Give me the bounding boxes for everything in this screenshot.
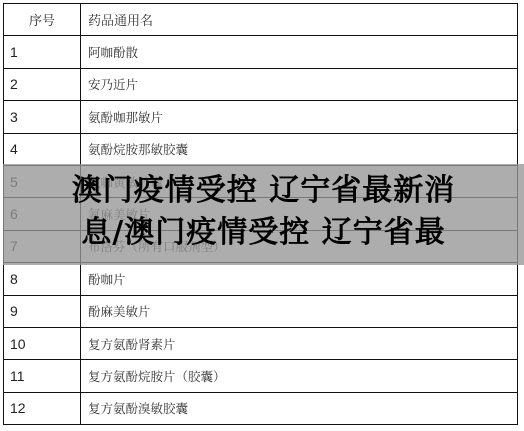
headline-overlay-text: 澳门疫情受控 辽宁省最新消 息/澳门疫情受控 辽宁省最: [3, 170, 524, 254]
row-index: 9: [4, 295, 81, 327]
header-index: 序号: [4, 4, 81, 36]
row-drug-name: 阿咖酚散: [81, 36, 518, 68]
table-header-row: 序号 药品通用名: [4, 4, 518, 36]
table-row: 1 阿咖酚散: [4, 36, 518, 68]
row-drug-name: 酚咖片: [81, 263, 518, 295]
row-index: 2: [4, 68, 81, 100]
table-row: 2 安乃近片: [4, 68, 518, 100]
row-drug-name: 安乃近片: [81, 68, 518, 100]
headline-line-2: 息/澳门疫情受控 辽宁省最: [3, 212, 524, 254]
row-drug-name: 复方氨酚溴敏胶囊: [81, 392, 518, 424]
row-index: 8: [4, 263, 81, 295]
row-drug-name: 复方氨酚烷胺片（胶囊）: [81, 360, 518, 392]
row-drug-name: 复方氨酚肾素片: [81, 327, 518, 359]
table-row: 3 氨酚咖那敏片: [4, 101, 518, 133]
table-row: 10 复方氨酚肾素片: [4, 327, 518, 359]
headline-line-1: 澳门疫情受控 辽宁省最新消: [3, 170, 524, 212]
row-index: 11: [4, 360, 81, 392]
table-row: 12 复方氨酚溴敏胶囊: [4, 392, 518, 424]
row-drug-name: 酚麻美敏片: [81, 295, 518, 327]
table-row: 8 酚咖片: [4, 263, 518, 295]
row-index: 10: [4, 327, 81, 359]
row-index: 3: [4, 101, 81, 133]
row-index: 4: [4, 133, 81, 165]
table-row: 4 氨酚烷胺那敏胶囊: [4, 133, 518, 165]
table-row: 9 酚麻美敏片: [4, 295, 518, 327]
row-drug-name: 氨酚烷胺那敏胶囊: [81, 133, 518, 165]
row-index: 1: [4, 36, 81, 68]
headline-overlay-banner: 澳门疫情受控 辽宁省最新消 息/澳门疫情受控 辽宁省最: [3, 164, 524, 265]
header-drug-name: 药品通用名: [81, 4, 518, 36]
row-drug-name: 氨酚咖那敏片: [81, 101, 518, 133]
table-row: 11 复方氨酚烷胺片（胶囊）: [4, 360, 518, 392]
row-index: 12: [4, 392, 81, 424]
